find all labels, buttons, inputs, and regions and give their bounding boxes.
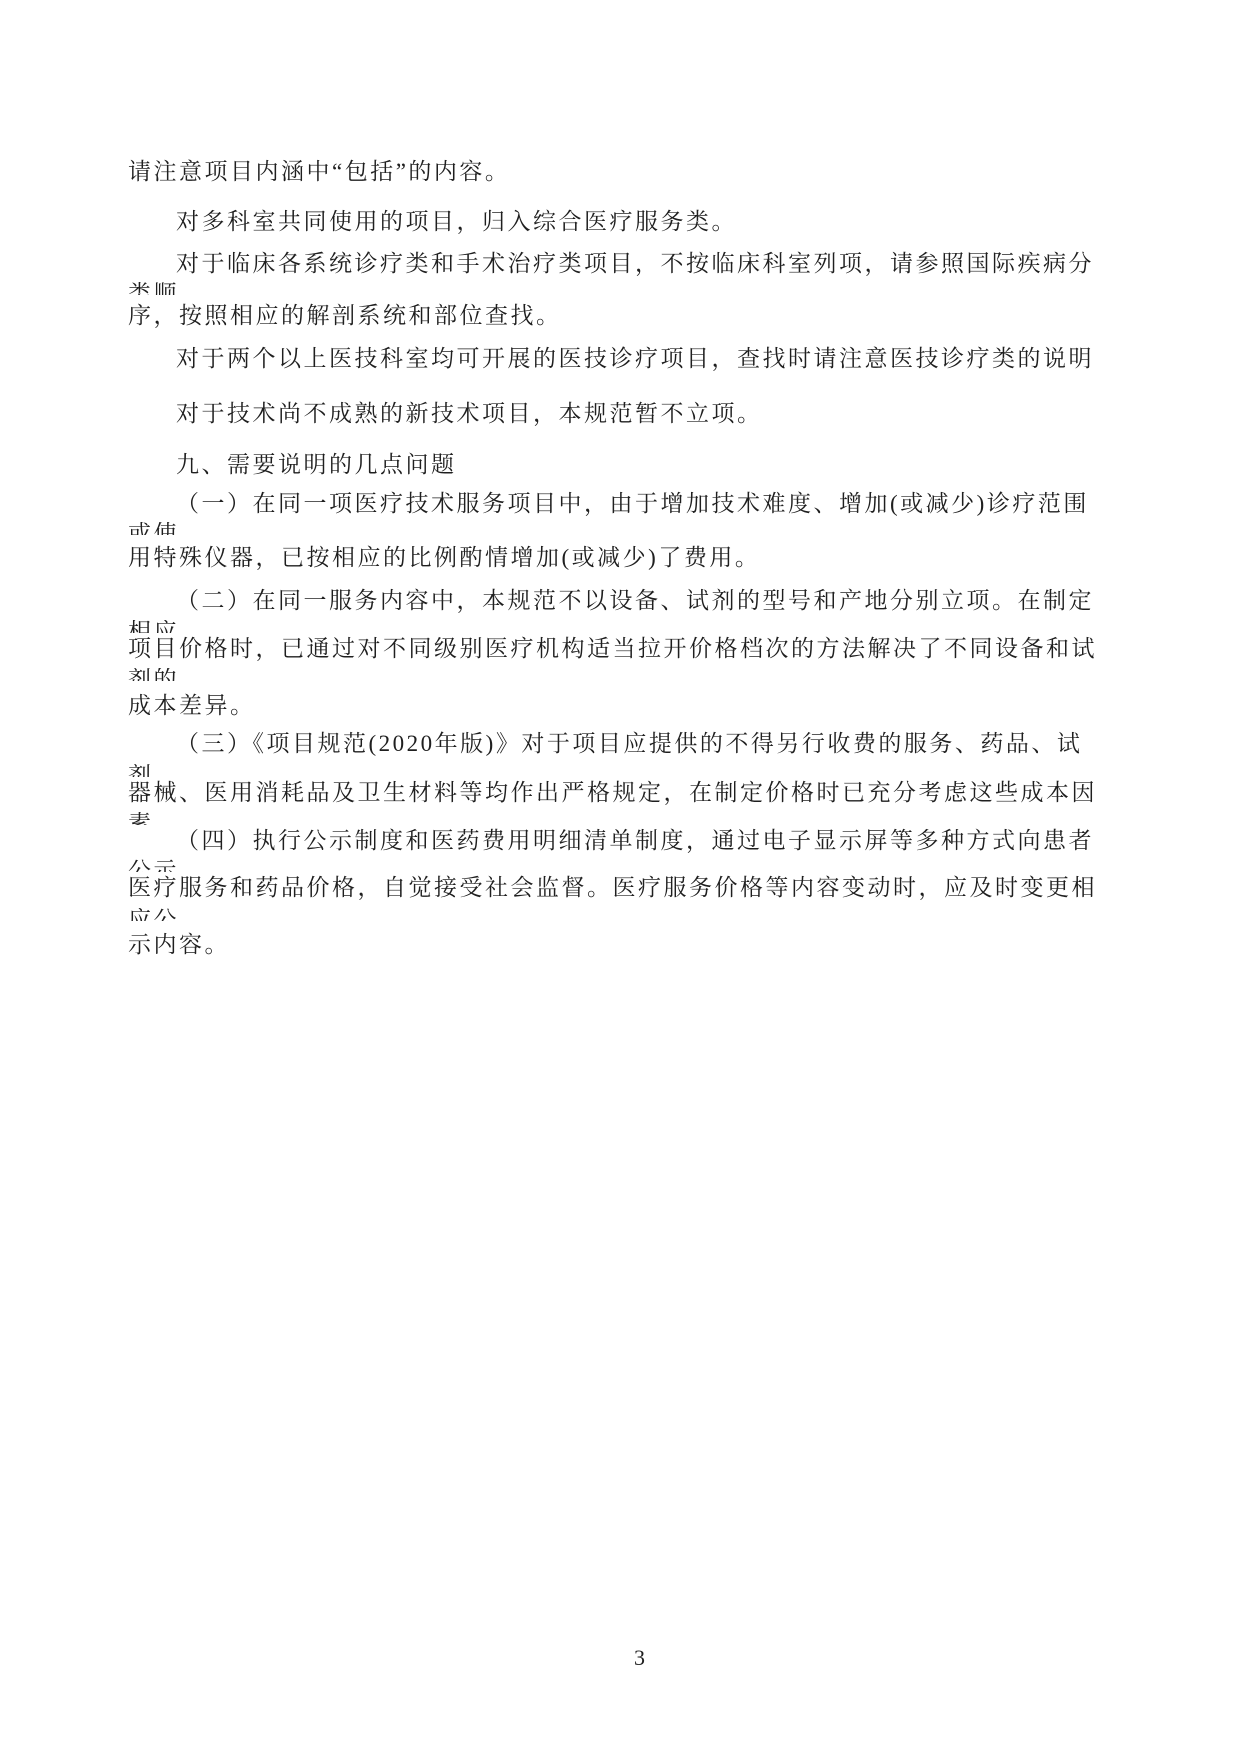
- text-line: 请注意项目内涵中“包括”的内容。: [128, 160, 510, 184]
- section-heading: 九、需要说明的几点问题: [176, 453, 457, 477]
- text-line: 器械、医用消耗品及卫生材料等均作出严格规定，在制定价格时已充分考虑这些成本因: [128, 781, 1097, 805]
- text-line: （一）在同一项医疗技术服务项目中，由于增加技术难度、增加(或减少)诊疗范围: [176, 492, 1089, 516]
- text-line: 示内容。: [128, 933, 230, 957]
- clipped-text-line: 应公: [128, 908, 179, 921]
- text-line: 对于两个以上医技科室均可开展的医技诊疗项目，查找时请注意医技诊疗类的说明: [176, 347, 1094, 371]
- text-line: 成本差异。: [128, 694, 256, 718]
- clipped-text-line: 公示: [128, 859, 179, 872]
- text-line: 用特殊仪器，已按相应的比例酌情增加(或减少)了费用。: [128, 546, 760, 570]
- text-line: 序，按照相应的解剖系统和部位查找。: [128, 304, 562, 328]
- text-line: 项目价格时，已通过对不同级别医疗机构适当拉开价格档次的方法解决了不同设备和试: [128, 637, 1097, 661]
- page-number: 3: [634, 1646, 645, 1670]
- clipped-text-line: 类顺: [128, 282, 179, 295]
- text-line: 医疗服务和药品价格，自觉接受社会监督。医疗服务价格等内容变动时，应及时变更相: [128, 876, 1097, 900]
- document-page: 请注意项目内涵中“包括”的内容。 对多科室共同使用的项目，归入综合医疗服务类。 …: [0, 0, 1241, 1754]
- clipped-text-line: 素。: [128, 812, 179, 825]
- clipped-text-line: 剂的: [128, 668, 179, 681]
- text-line: 对于技术尚不成熟的新技术项目，本规范暂不立项。: [176, 402, 763, 426]
- text-line: 对多科室共同使用的项目，归入综合医疗服务类。: [176, 210, 737, 234]
- text-line: 对于临床各系统诊疗类和手术治疗类项目，不按临床科室列项，请参照国际疾病分: [176, 252, 1094, 276]
- text-line: （二）在同一服务内容中，本规范不以设备、试剂的型号和产地分别立项。在制定: [176, 589, 1094, 613]
- text-line: （三）《项目规范(2020年版)》对于项目应提供的不得另行收费的服务、药品、试: [176, 732, 1082, 756]
- text-line: （四）执行公示制度和医药费用明细清单制度，通过电子显示屏等多种方式向患者: [176, 829, 1094, 853]
- clipped-text-line: 或使: [128, 522, 179, 535]
- clipped-text-line: 相应: [128, 620, 179, 633]
- clipped-text-line: 剂、: [128, 764, 179, 777]
